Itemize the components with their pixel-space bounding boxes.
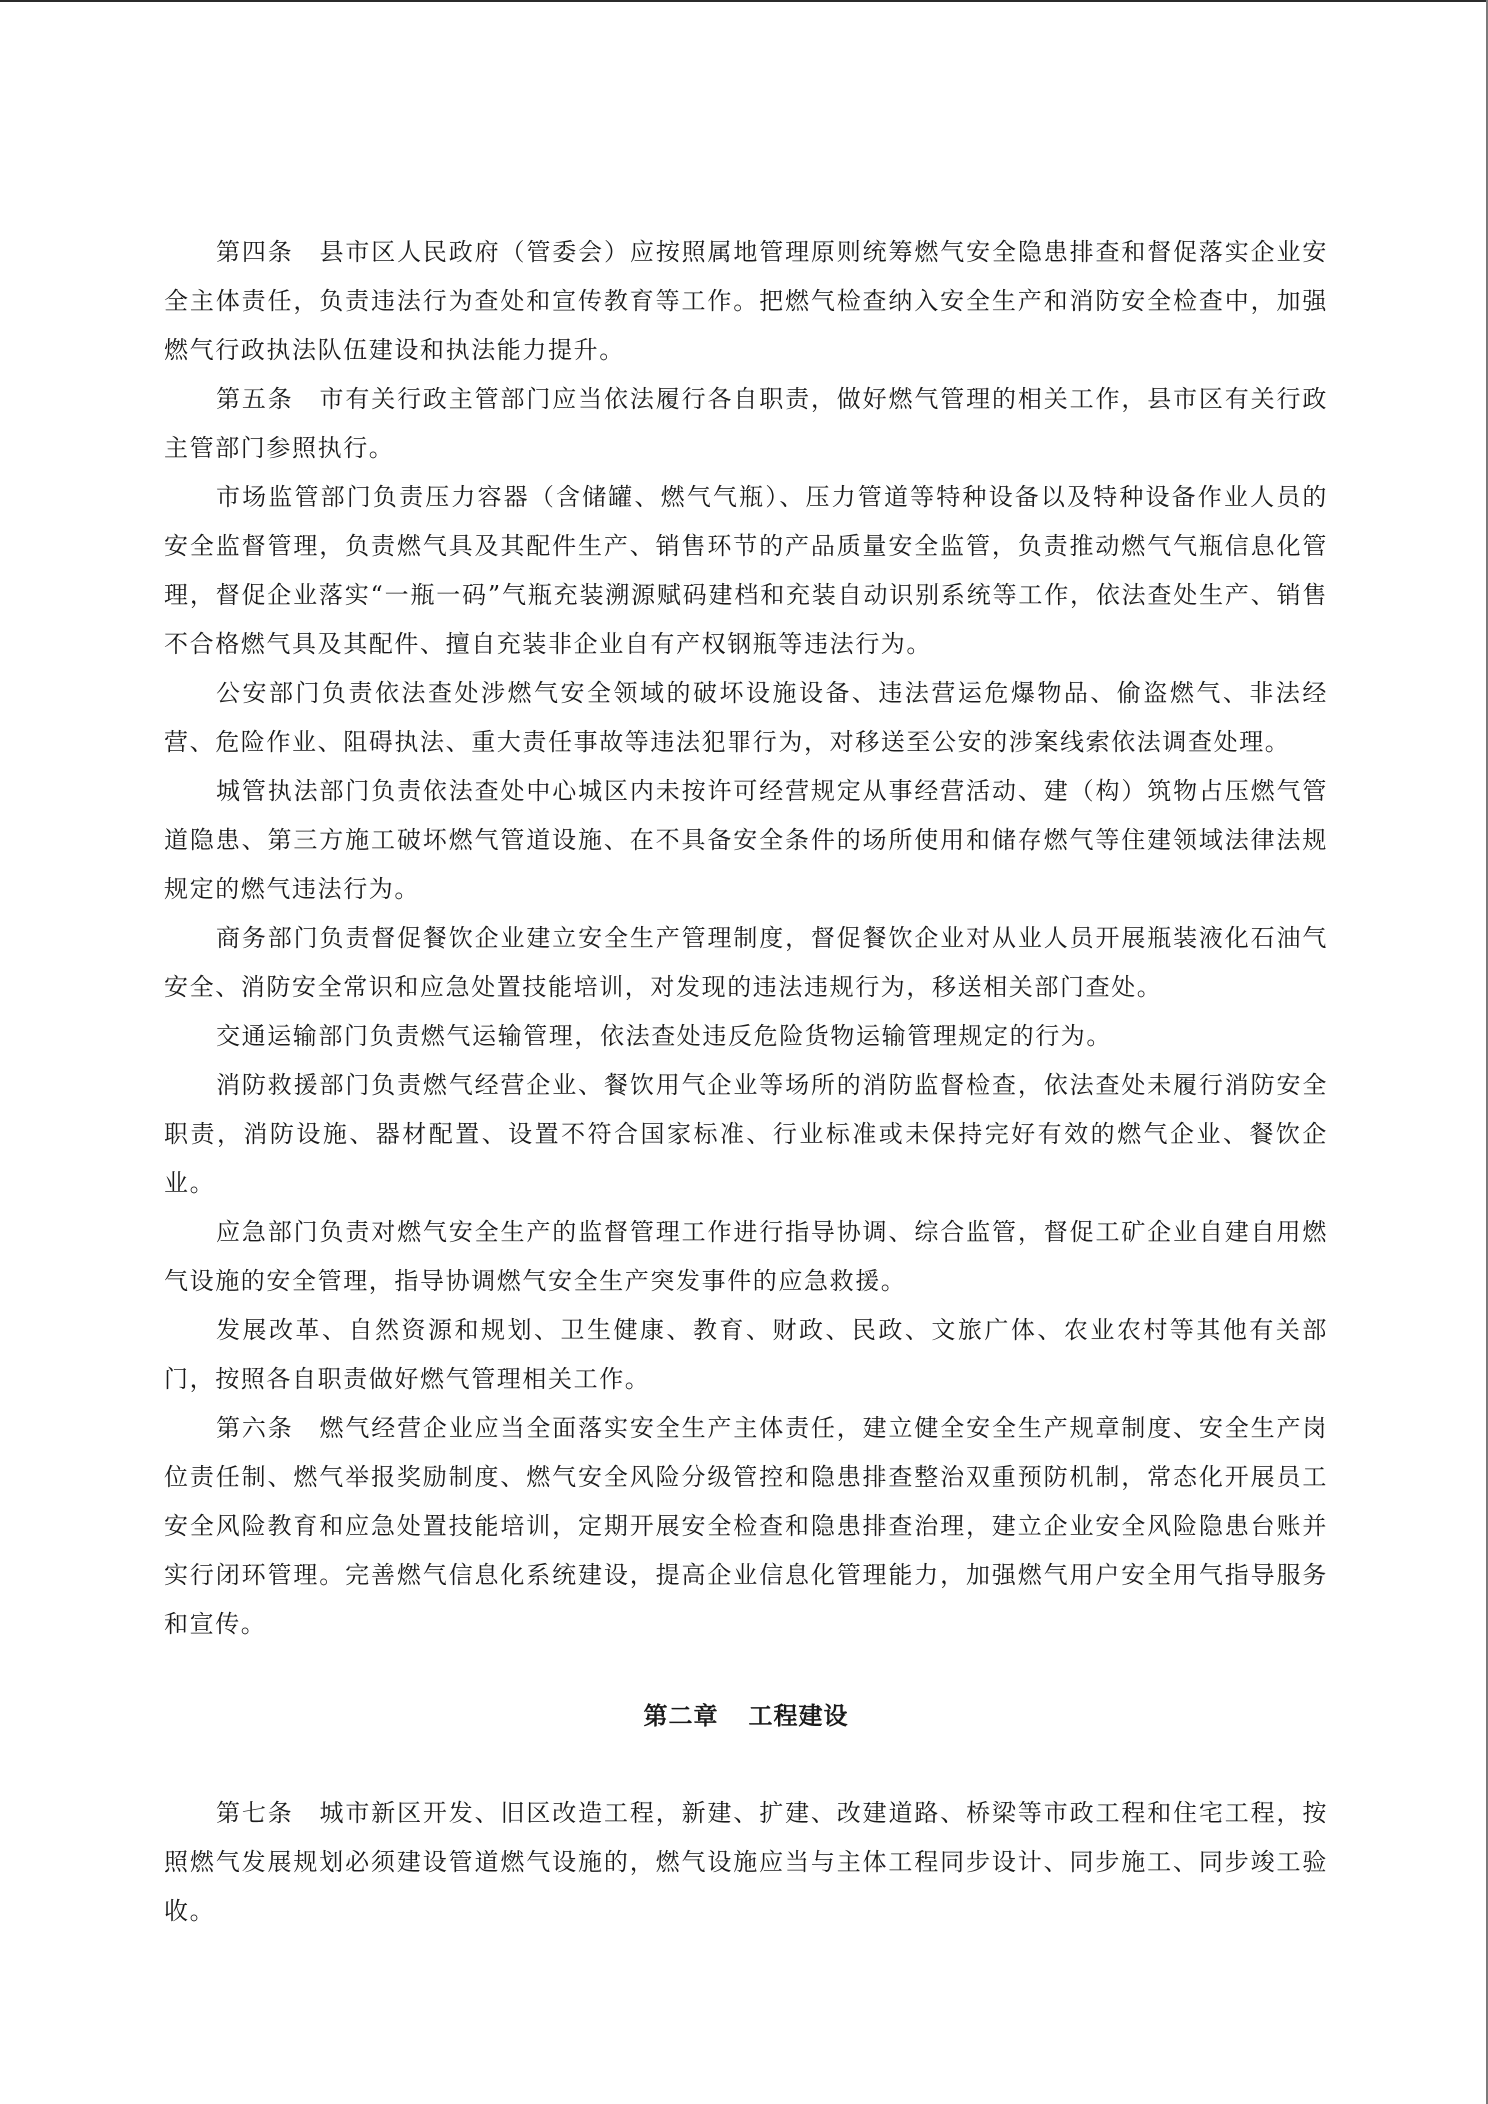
article-5-paragraph: 第五条 市有关行政主管部门应当依法履行各自职责，做好燃气管理的相关工作，县市区有… (164, 375, 1328, 473)
fire-rescue-paragraph: 消防救援部门负责燃气经营企业、餐饮用气企业等场所的消防监督检查，依法查处未履行消… (164, 1061, 1328, 1208)
commerce-paragraph: 商务部门负责督促餐饮企业建立安全生产管理制度，督促餐饮企业对从业人员开展瓶装液化… (164, 914, 1328, 1012)
document-page: 第四条 县市区人民政府（管委会）应按照属地管理原则统筹燃气安全隐患排查和督促落实… (164, 228, 1328, 1936)
article-7-paragraph: 第七条 城市新区开发、旧区改造工程，新建、扩建、改建道路、桥梁等市政工程和住宅工… (164, 1789, 1328, 1936)
article-6-paragraph: 第六条 燃气经营企业应当全面落实安全生产主体责任，建立健全安全生产规章制度、安全… (164, 1404, 1328, 1649)
transport-paragraph: 交通运输部门负责燃气运输管理，依法查处违反危险货物运输管理规定的行为。 (164, 1012, 1328, 1061)
chapter-heading: 第二章工程建设 (164, 1692, 1328, 1741)
other-departments-paragraph: 发展改革、自然资源和规划、卫生健康、教育、财政、民政、文旅广体、农业农村等其他有… (164, 1306, 1328, 1404)
market-supervision-paragraph: 市场监管部门负责压力容器（含储罐、燃气气瓶）、压力管道等特种设备以及特种设备作业… (164, 473, 1328, 669)
chapter-title: 工程建设 (749, 1702, 849, 1730)
public-security-paragraph: 公安部门负责依法查处涉燃气安全领域的破坏设施设备、违法营运危爆物品、偷盗燃气、非… (164, 669, 1328, 767)
emergency-paragraph: 应急部门负责对燃气安全生产的监督管理工作进行指导协调、综合监管，督促工矿企业自建… (164, 1208, 1328, 1306)
urban-management-paragraph: 城管执法部门负责依法查处中心城区内未按许可经营规定从事经营活动、建（构）筑物占压… (164, 767, 1328, 914)
page-top-border (0, 0, 1488, 2)
article-4-paragraph: 第四条 县市区人民政府（管委会）应按照属地管理原则统筹燃气安全隐患排查和督促落实… (164, 228, 1328, 375)
chapter-number: 第二章 (644, 1702, 719, 1730)
